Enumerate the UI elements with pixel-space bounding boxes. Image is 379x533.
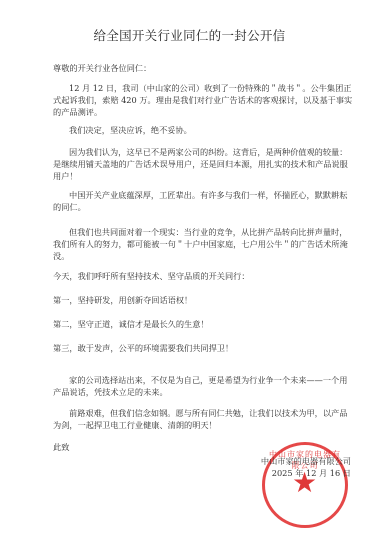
paragraph-1: 12 月 12 日，我司（中山家的公司）收到了一份特殊的＂战书＂。公牛集团正式起… bbox=[53, 82, 353, 118]
paragraph-4: 中国开关产业底蕴深厚，工匠辈出。有许多与我们一样，怀揣匠心，默默耕耘的同仁。 bbox=[53, 189, 353, 213]
paragraph-5: 但我们也共同面对着一个现实：当行业的竞争，从比拼产品转向比拼声量时，我们所有人的… bbox=[53, 226, 353, 262]
paragraph-8: 前路艰难，但我们信念如钢。愿与所有同仁共勉，让我们以技术为甲，以产品为剑，一起捍… bbox=[53, 407, 353, 431]
point-3: 第三，敢于发声，公平的环境需要我们共同捍卫！ bbox=[53, 342, 353, 354]
paragraph-2: 我们决定，坚决应诉，绝不妥协。 bbox=[53, 124, 353, 136]
point-1: 第一，坚持研发，用创新夺回话语权！ bbox=[53, 294, 353, 306]
letter-page: 给全国开关行业同仁的一封公开信 尊敬的开关行业各位同仁： 12 月 12 日，我… bbox=[0, 0, 379, 533]
paragraph-7: 家的公司选择站出来，不仅是为自己，更是希望为行业争一个未来——一个用产品说话，凭… bbox=[53, 374, 353, 398]
signature-company: 中山市家的电器有限公司 bbox=[261, 456, 351, 467]
company-seal: 中山市家的电器有限公司 ★ bbox=[262, 442, 348, 528]
letter-title: 给全国开关行业同仁的一封公开信 bbox=[0, 26, 379, 44]
signature-date: 2025 年 12 月 16 日 bbox=[272, 468, 351, 479]
paragraph-3: 因为我们认为，这早已不是两家公司的纠纷。这背后，是两种价值观的较量：是继续用铺天… bbox=[53, 146, 353, 182]
salutation: 尊敬的开关行业各位同仁： bbox=[53, 62, 353, 74]
paragraph-6: 今天，我们呼吁所有坚持技术、坚守品质的开关同行： bbox=[53, 270, 353, 282]
point-2: 第二，坚守正道，诚信才是最长久的生意！ bbox=[53, 318, 353, 330]
